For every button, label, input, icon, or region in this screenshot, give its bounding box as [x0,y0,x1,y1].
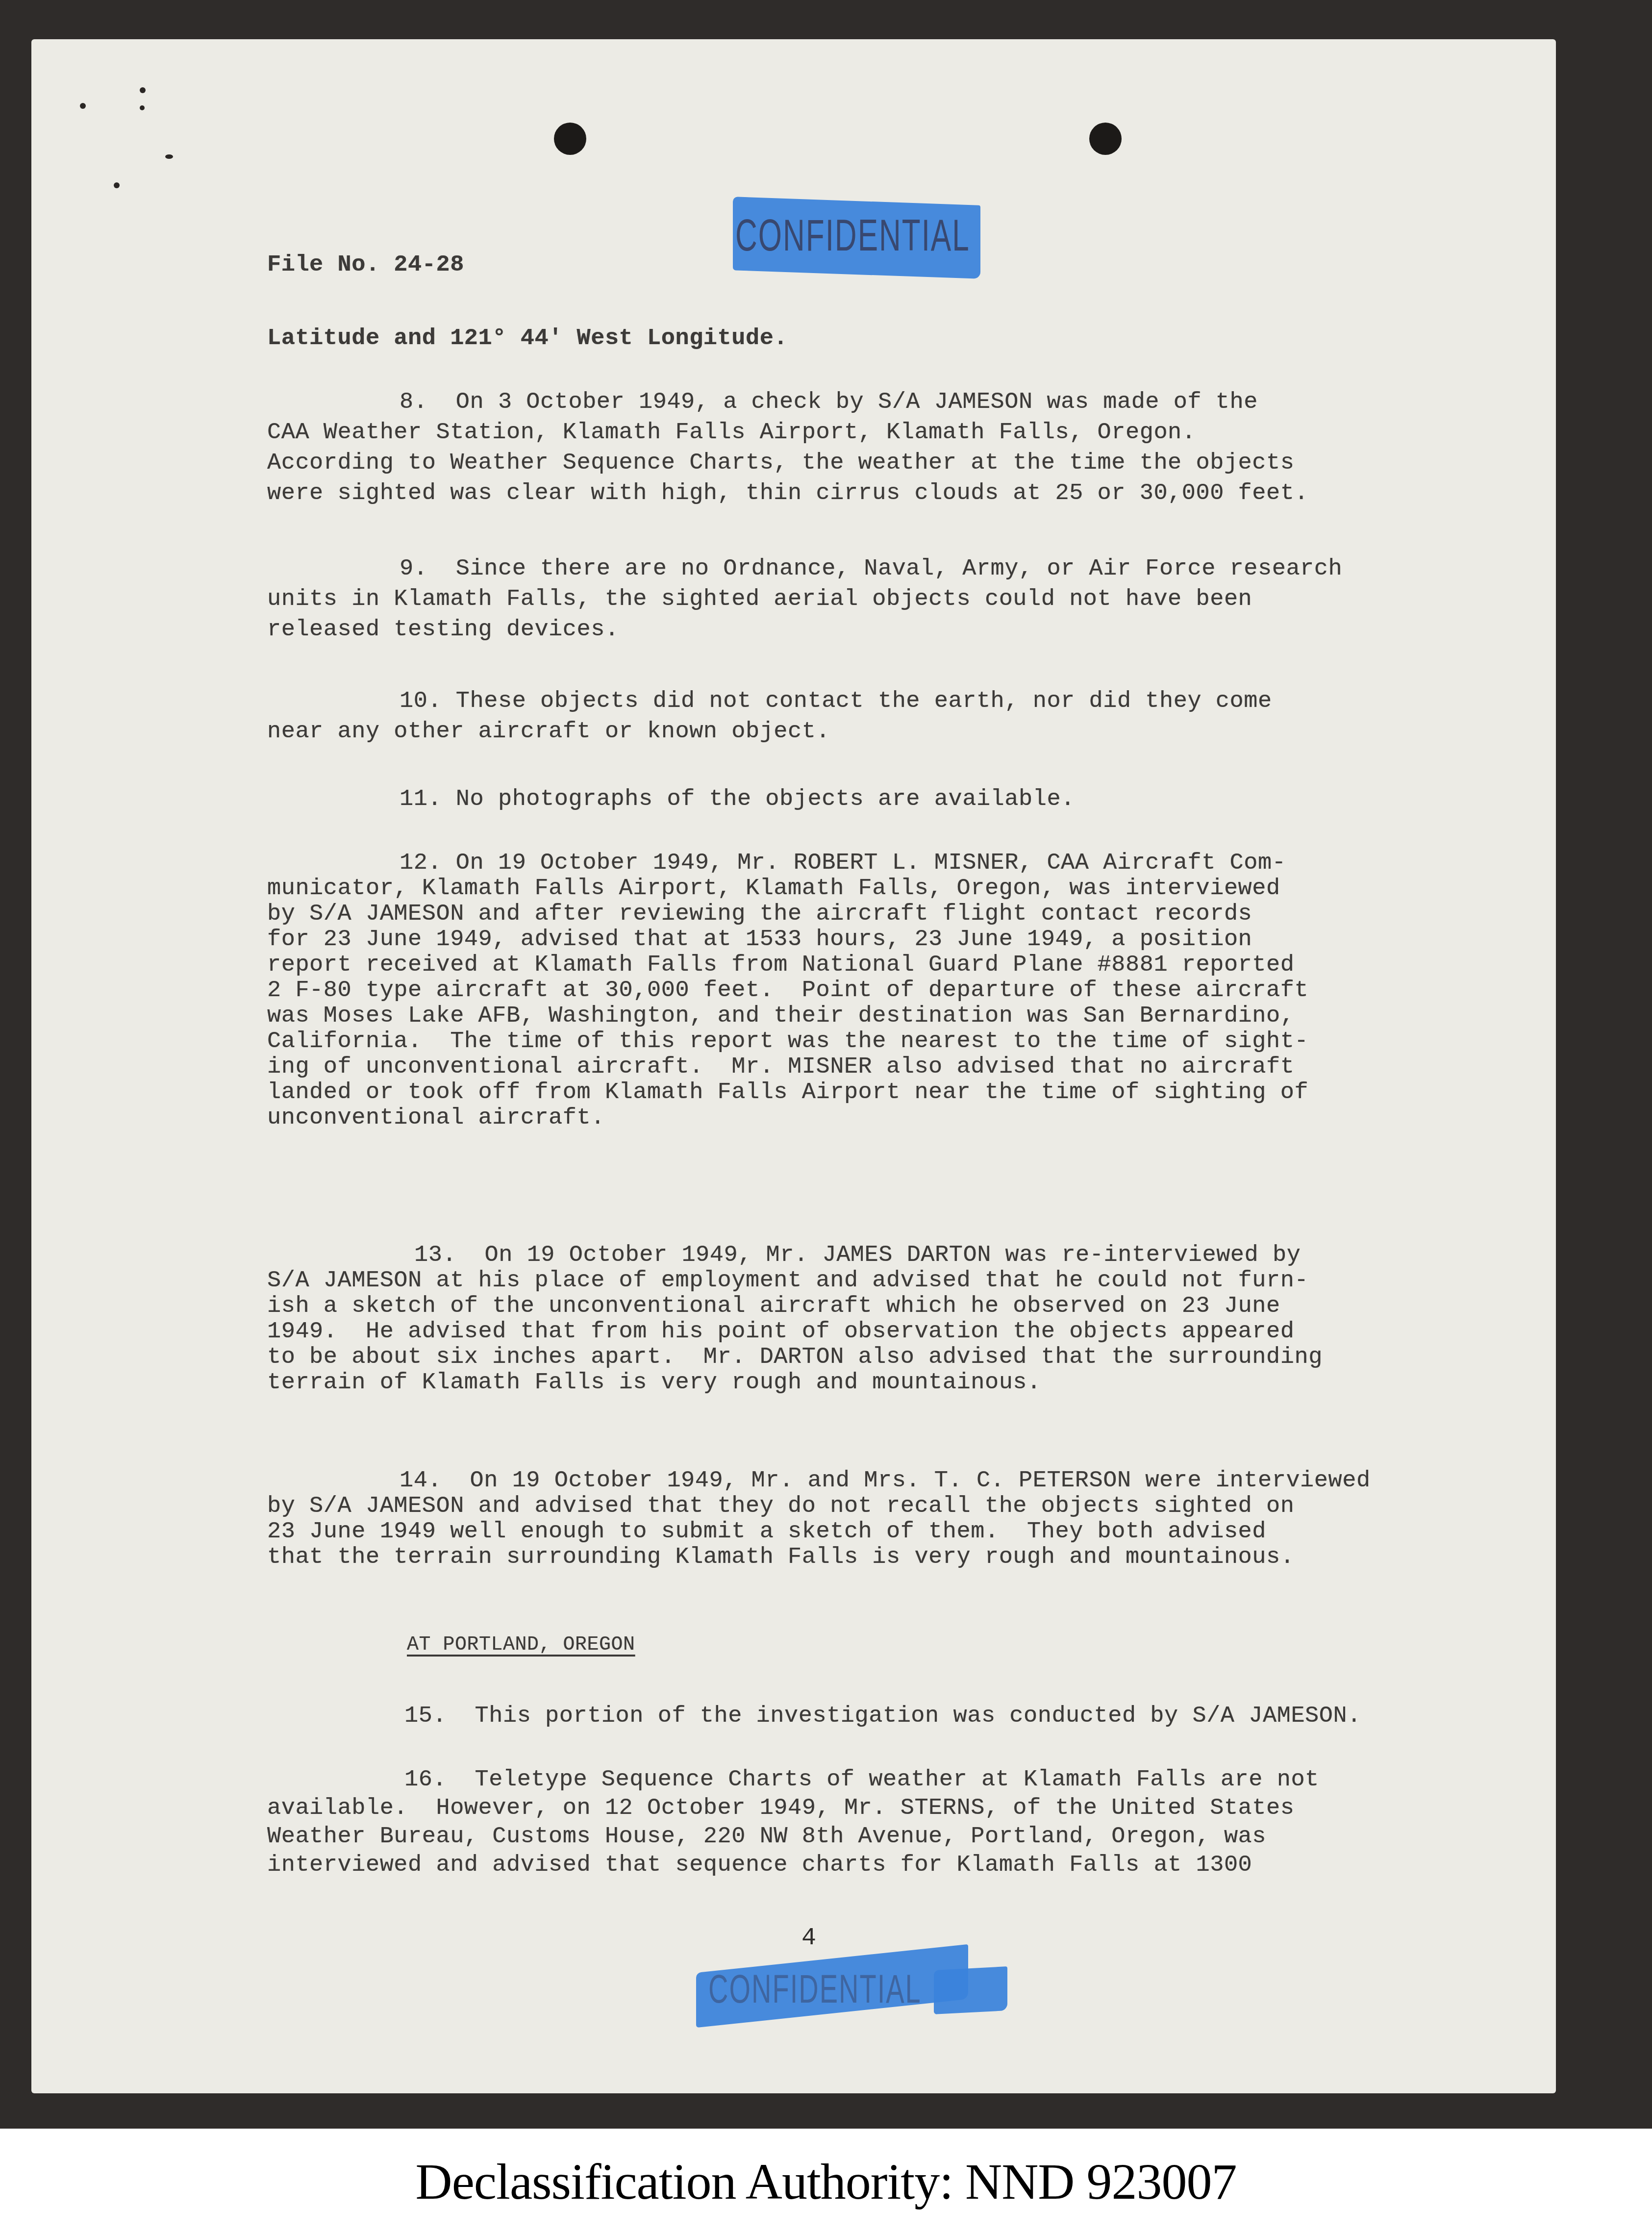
paragraph-line: available. However, on 12 October 1949, … [267,1793,1542,1822]
paragraph-line: to be about six inches apart. Mr. DARTON… [267,1342,1542,1368]
paragraph-line: interviewed and advised that sequence ch… [267,1850,1542,1879]
paragraph-line: According to Weather Sequence Charts, th… [267,448,1542,478]
paragraph-line: CAA Weather Station, Klamath Falls Airpo… [267,418,1542,448]
paragraph-11: 11. No photographs of the objects are av… [267,784,1542,815]
paragraph-line: ing of unconventional aircraft. Mr. MISN… [267,1052,1542,1078]
paragraph-line: by S/A JAMESON and advised that they do … [267,1491,1542,1517]
continuation-line: Latitude and 121° 44' West Longitude. [267,324,788,354]
paragraph-15: 15. This portion of the investigation wa… [267,1701,1542,1732]
paper-speck [165,154,173,159]
hole-punch-right [1089,123,1122,155]
file-number: File No. 24-28 [267,250,464,280]
paragraph-line: 8. On 3 October 1949, a check by S/A JAM… [267,387,1542,418]
declassification-caption: Declassification Authority: NND 923007 [0,2129,1652,2235]
paragraph-line: 14. On 19 October 1949, Mr. and Mrs. T. … [267,1466,1542,1491]
paragraph-line: 16. Teletype Sequence Charts of weather … [267,1765,1542,1793]
paragraph-line: units in Klamath Falls, the sighted aeri… [267,584,1542,615]
paragraph-line: 9. Since there are no Ordnance, Naval, A… [267,554,1542,584]
paragraph-line: 10. These objects did not contact the ea… [267,686,1542,717]
paragraph-line: near any other aircraft or known object. [267,717,1542,747]
paper-speck [140,87,146,93]
paragraph-line: were sighted was clear with high, thin c… [267,478,1542,509]
paragraph-line: 1949. He advised that from his point of … [267,1317,1542,1342]
paragraph-line: municator, Klamath Falls Airport, Klamat… [267,874,1542,899]
paragraph-16: 16. Teletype Sequence Charts of weather … [267,1765,1542,1879]
paragraph-line: 12. On 19 October 1949, Mr. ROBERT L. MI… [267,848,1542,874]
paragraph-9: 9. Since there are no Ordnance, Naval, A… [267,554,1542,645]
paragraph-line: report received at Klamath Falls from Na… [267,950,1542,976]
paragraph-13: 13. On 19 October 1949, Mr. JAMES DARTON… [267,1240,1542,1393]
paragraph-line: was Moses Lake AFB, Washington, and thei… [267,1001,1542,1027]
paper-speck [140,105,145,110]
paragraph-line: by S/A JAMESON and after reviewing the a… [267,899,1542,925]
confidential-stamp-top: CONFIDENTIAL [730,201,1064,279]
paragraph-line: unconventional aircraft. [267,1103,1542,1129]
paragraph-line: for 23 June 1949, advised that at 1533 h… [267,925,1542,950]
paper-speck [80,103,86,109]
paragraph-12: 12. On 19 October 1949, Mr. ROBERT L. MI… [267,848,1542,1129]
paper-speck [114,182,120,188]
paragraph-line: S/A JAMESON at his place of employment a… [267,1266,1542,1291]
paragraph-line: that the terrain surrounding Klamath Fal… [267,1542,1542,1568]
paragraph-line: 2 F-80 type aircraft at 30,000 feet. Poi… [267,976,1542,1001]
paragraph-line: Weather Bureau, Customs House, 220 NW 8t… [267,1822,1542,1850]
paragraph-line: ish a sketch of the unconventional aircr… [267,1291,1542,1317]
paragraph-line: 23 June 1949 well enough to submit a ske… [267,1517,1542,1542]
stamp-text: CONFIDENTIAL [708,1966,922,2012]
redaction-blot [934,1966,1007,2014]
paragraph-10: 10. These objects did not contact the ea… [267,686,1542,747]
paragraph-line: 11. No photographs of the objects are av… [267,784,1542,815]
paragraph-line: California. The time of this report was … [267,1027,1542,1052]
confidential-stamp-bottom: CONFIDENTIAL [694,1939,1032,2027]
stamp-text: CONFIDENTIAL [735,211,970,261]
paragraph-line: landed or took off from Klamath Falls Ai… [267,1078,1542,1103]
hole-punch-left [554,123,586,155]
paragraph-line: terrain of Klamath Falls is very rough a… [267,1368,1542,1393]
paragraph-8: 8. On 3 October 1949, a check by S/A JAM… [267,387,1542,509]
paragraph-14: 14. On 19 October 1949, Mr. and Mrs. T. … [267,1466,1542,1568]
paragraph-line: 15. This portion of the investigation wa… [267,1701,1542,1732]
paragraph-line: released testing devices. [267,615,1542,645]
section-heading: AT PORTLAND, OREGON [407,1630,635,1660]
caption-text: Declassification Authority: NND 923007 [416,2153,1237,2211]
paragraph-line: 13. On 19 October 1949, Mr. JAMES DARTON… [267,1240,1542,1266]
